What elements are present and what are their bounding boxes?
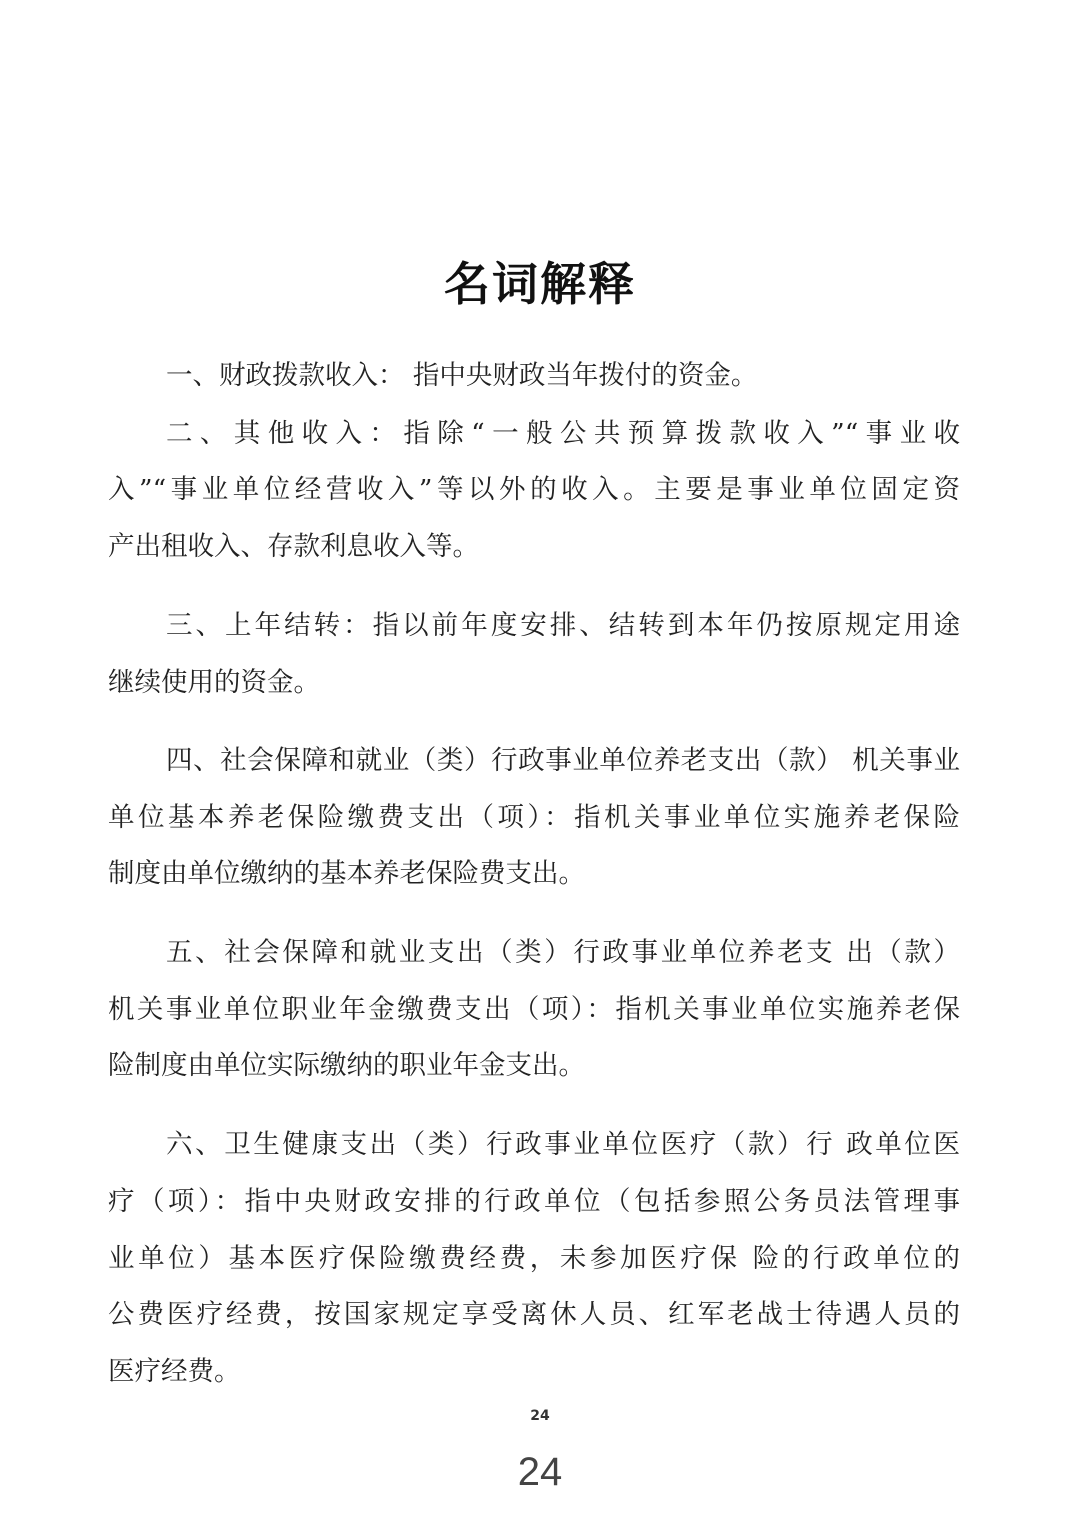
text-line: 公费医疗经费，按国家规定享受离休人员、红军老战士待遇人员的	[108, 1292, 960, 1331]
text-line: 四、社会保障和就业（类）行政事业单位养老支出（款） 机关事业	[166, 738, 960, 777]
text-line: 入”“事业单位经营收入”等以外的收入。主要是事业单位固定资	[108, 467, 960, 506]
text-line: 二、其他收入：指除“一般公共预算拨款收入”“事业收	[166, 411, 960, 450]
text-line: 医疗经费。	[108, 1349, 960, 1388]
text-line: 险制度由单位实际缴纳的职业年金支出。	[108, 1043, 960, 1082]
text-line: 六、卫生健康支出（类）行政事业单位医疗（款）行 政单位医	[166, 1122, 960, 1161]
text-line: 业单位）基本医疗保险缴费经费，未参加医疗保 险的行政单位的	[108, 1236, 960, 1275]
text-line: 三、上年结转：指以前年度安排、结转到本年仍按原规定用途	[166, 603, 960, 642]
page-title: 名词解释	[0, 248, 1080, 314]
text-line: 一、财政拨款收入： 指中央财政当年拨付的资金。	[166, 353, 960, 392]
text-line: 制度由单位缴纳的基本养老保险费支出。	[108, 851, 960, 890]
text-line: 继续使用的资金。	[108, 660, 960, 699]
text-line: 产出租收入、存款利息收入等。	[108, 524, 960, 563]
text-line: 五、社会保障和就业支出（类）行政事业单位养老支 出（款）	[166, 930, 960, 969]
page-number-large: 24	[0, 1450, 1080, 1495]
page-number-small: 24	[0, 1408, 1080, 1424]
text-line: 单位基本养老保险缴费支出（项）：指机关事业单位实施养老保险	[108, 795, 960, 834]
text-line: 机关事业单位职业年金缴费支出（项）：指机关事业单位实施养老保	[108, 987, 960, 1026]
text-line: 疗（项）：指中央财政安排的行政单位（包括参照公务员法管理事	[108, 1179, 960, 1218]
